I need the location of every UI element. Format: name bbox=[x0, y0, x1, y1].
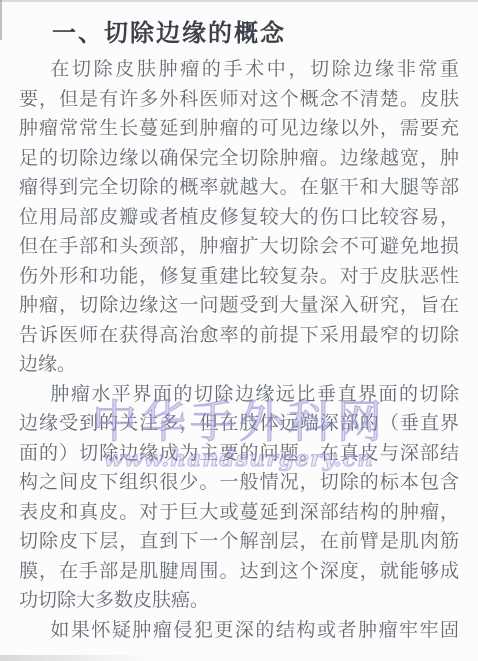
text-line: 伤外形和功能，修复重建比较复杂。对于皮肤恶性 bbox=[19, 262, 459, 292]
text-line: 膜，在手部是肌腱周围。达到这个深度，就能够成 bbox=[19, 557, 459, 587]
text-line: 肿瘤常常生长蔓延到肿瘤的可见边缘以外，需要充 bbox=[19, 114, 459, 144]
text-line: 位用局部皮瓣或者植皮修复较大的伤口比较容易， bbox=[19, 203, 459, 233]
text-line: 边缘。 bbox=[19, 350, 459, 380]
text-line: 构之间皮下组织很少。一般情况，切除的标本包含 bbox=[19, 468, 459, 498]
text-line: 足的切除边缘以确保完全切除肿瘤。边缘越宽，肿 bbox=[19, 144, 459, 174]
scan-edge-left bbox=[0, 0, 2, 40]
text-line: 边缘受到的关注多，但在肢体远端深部的（垂直界 bbox=[19, 409, 459, 439]
text-line: 要，但是有许多外科医师对这个概念不清楚。皮肤 bbox=[19, 85, 459, 115]
text-line: 但在手部和头颈部，肿瘤扩大切除会不可避免地损 bbox=[19, 232, 459, 262]
scan-edge-top bbox=[0, 0, 478, 2]
section-title: 一、切除边缘的概念 bbox=[52, 19, 286, 47]
text-line: 在切除皮肤肿瘤的手术中，切除边缘非常重 bbox=[19, 55, 459, 85]
text-line: 瘤得到完全切除的概率就越大。在躯干和大腿等部 bbox=[19, 173, 459, 203]
text-line: 如果怀疑肿瘤侵犯更深的结构或者肿瘤牢牢固 bbox=[19, 616, 459, 646]
scanned-book-page: 一、切除边缘的概念 在切除皮肤肿瘤的手术中，切除边缘非常重 要，但是有许多外科医… bbox=[0, 0, 478, 661]
text-line: 功切除大多数皮肤癌。 bbox=[19, 586, 459, 616]
text-line: 告诉医师在获得高治愈率的前提下采用最窄的切除 bbox=[19, 321, 459, 351]
body-text: 在切除皮肤肿瘤的手术中，切除边缘非常重 要，但是有许多外科医师对这个概念不清楚。… bbox=[19, 55, 459, 645]
text-line: 切除皮下层，直到下一个解剖层，在前臂是肌肉筋 bbox=[19, 527, 459, 557]
text-line: 面的）切除边缘成为主要的问题。在真皮与深部结 bbox=[19, 439, 459, 469]
text-line: 肿瘤水平界面的切除边缘远比垂直界面的切除 bbox=[19, 380, 459, 410]
text-line: 表皮和真皮。对于巨大或蔓延到深部结构的肿瘤， bbox=[19, 498, 459, 528]
text-line: 肿瘤，切除边缘这一问题受到大量深入研究，旨在 bbox=[19, 291, 459, 321]
scan-edge-bottom bbox=[0, 655, 150, 661]
